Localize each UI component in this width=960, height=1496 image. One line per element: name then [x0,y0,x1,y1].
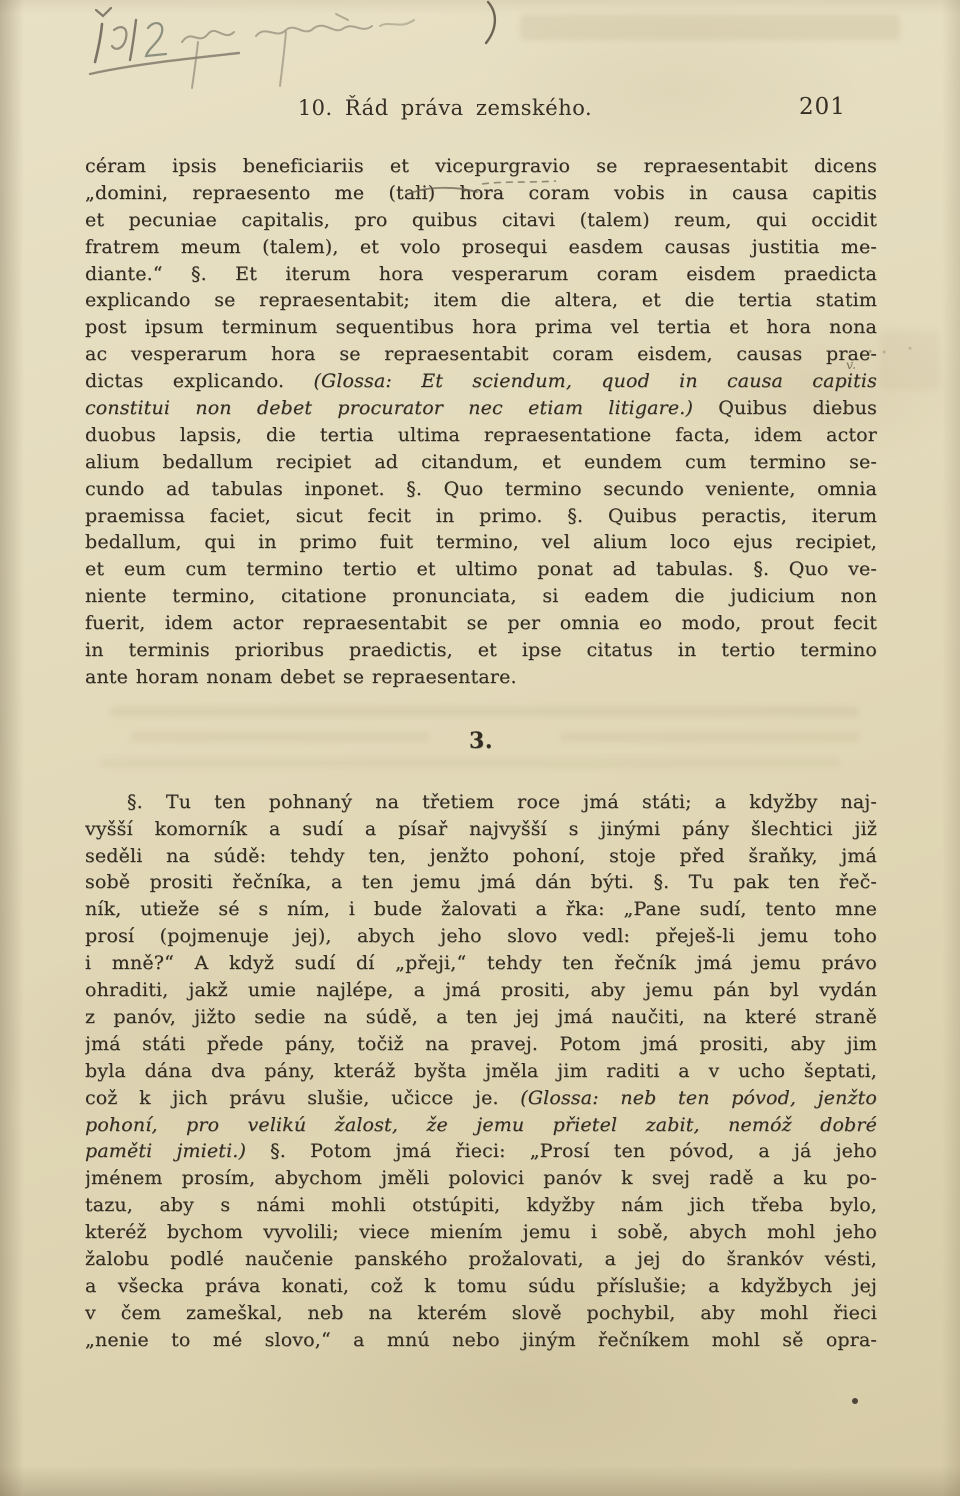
text-line: ac vesperarum hora se repraesentabit cor… [85,341,877,368]
text-run: byla dána dva pány, kteráž byšta jměla j… [85,1060,877,1082]
text-line: in terminis prioribus praedictis, et ips… [85,637,877,664]
text-line: et pecuniae capitalis, pro quibus citavi… [85,207,877,234]
text-run: ohraditi, jakž umie najlépe, a jmá prosi… [85,979,877,1001]
czech-paragraph: §. Tu ten pohnaný na třetiem roce jmá st… [85,789,877,1354]
text-run: céram ipsis beneficiariis et vicepurgrav… [85,155,877,177]
text-line: post ipsum terminum sequentibus hora pri… [85,314,877,341]
text-line: z panóv, jižto sedie na súdě, a ten jej … [85,1004,877,1031]
italic-text-run: constitui non debet procurator nec etiam… [85,397,693,419]
pen-arc-mark [404,184,480,198]
text-line: praemissa faciet, sicut fecit in primo. … [85,503,877,530]
text-line: prosí (pojmenuje jej), abych jeho slovo … [85,923,877,950]
text-run: sobě prositi řečníka, a ten jemu jmá dán… [85,871,877,893]
text-line: ante horam nonam debet se repraesentare. [85,664,877,691]
text-line: jmá státi přede pány, točiž na pravej. P… [85,1031,877,1058]
text-run: §. Potom jmá řieci: „Prosí ten póvod, a … [246,1140,877,1162]
section-number-heading: 3. [85,728,877,755]
text-run: in terminis prioribus praedictis, et ips… [85,639,877,661]
text-run: tazu, aby s námi mohli otstúpiti, kdyžby… [85,1194,877,1216]
text-line: pohoní, pro velikú žalost, že jemu přiet… [85,1112,877,1139]
text-line: dictas explicando. (Glossa: Et sciendum,… [85,368,877,395]
text-line: paměti jmieti.) §. Potom jmá řieci: „Pro… [85,1138,877,1165]
text-line: §. Tu ten pohnaný na třetiem roce jmá st… [85,789,877,816]
text-line: seděli na súdě: tehdy ten, jenžto pohoní… [85,843,877,870]
latin-paragraph: céram ipsis beneficiariis et vicepurgrav… [85,153,877,691]
text-run: explicando se repraesentabit; item die a… [85,289,877,311]
text-line: i mně?“ A když sudí dí „přeji,“ tehdy te… [85,950,877,977]
text-run: kteréž bychom vyvolili; viece miením jem… [85,1221,877,1243]
text-line: vyšší komorník a sudí a písař najvyšší s… [85,816,877,843]
text-run: seděli na súdě: tehdy ten, jenžto pohoní… [85,845,877,867]
text-line: a všecka práva konati, což k tomu súdu p… [85,1273,877,1300]
text-run: prosí (pojmenuje jej), abych jeho slovo … [85,925,877,947]
scanned-book-page: 10. Řád práva zemského. 201 céram ipsis … [0,0,960,1496]
ink-dot [852,1398,858,1404]
text-line: sobě prositi řečníka, a ten jemu jmá dán… [85,869,877,896]
show-through-smudge [520,14,900,40]
italic-text-run: pohoní, pro velikú žalost, že jemu přiet… [85,1114,877,1136]
text-line: duobus lapsis, die tertia ultima repraes… [85,422,877,449]
text-run: praemissa faciet, sicut fecit in primo. … [85,505,877,527]
show-through-smudge [880,330,940,390]
handwritten-pencil-note [84,2,424,94]
text-run: ník, utieže sé s ním, i bude žalovati a … [85,898,877,920]
text-line: céram ipsis beneficiariis et vicepurgrav… [85,153,877,180]
text-line: v čem zameškal, neb na kterém slově poch… [85,1300,877,1327]
text-run: vyšší komorník a sudí a písař najvyšší s… [85,818,877,840]
text-line: jménem prosím, abychom jměli polovici pa… [85,1165,877,1192]
text-run: fratrem meum (talem), et volo prosequi e… [85,236,877,258]
text-line: et eum cum termino tertio et ultimo pona… [85,556,877,583]
text-run: et eum cum termino tertio et ultimo pona… [85,558,877,580]
text-line: explicando se repraesentabit; item die a… [85,287,877,314]
text-run: diante.“ §. Et iterum hora vesperarum co… [85,263,877,285]
text-line: ník, utieže sé s ním, i bude žalovati a … [85,896,877,923]
page-number: 201 [799,94,846,120]
text-line: constitui non debet procurator nec etiam… [85,395,877,422]
text-line: kteréž bychom vyvolili; viece miením jem… [85,1219,877,1246]
text-run: ante horam nonam debet se repraesentare. [85,666,517,688]
text-line: „nenie to mé slovo,“ a mnú nebo jiným ře… [85,1327,877,1354]
text-run: cundo ad tabulas inponet. §. Quo termino… [85,478,877,500]
text-run: „nenie to mé slovo,“ a mnú nebo jiným ře… [85,1329,877,1351]
text-run: bedallum, qui in primo fuit termino, vel… [85,531,877,553]
text-line: byla dána dva pány, kteráž byšta jměla j… [85,1058,877,1085]
text-line: bedallum, qui in primo fuit termino, vel… [85,529,877,556]
text-line: diante.“ §. Et iterum hora vesperarum co… [85,261,877,288]
italic-text-run: paměti jmieti.) [85,1140,246,1162]
running-title: 10. Řád práva zemského. [85,96,805,120]
text-line: ohraditi, jakž umie najlépe, a jmá prosi… [85,977,877,1004]
text-run: jmá státi přede pány, točiž na pravej. P… [85,1033,877,1055]
text-run: z panóv, jižto sedie na súdě, a ten jej … [85,1006,877,1028]
text-line: tazu, aby s námi mohli otstúpiti, kdyžby… [85,1192,877,1219]
text-line: alium bedallum recipiet ad citandum, et … [85,449,877,476]
text-run: Quibus diebus [693,397,877,419]
text-run: alium bedallum recipiet ad citandum, et … [85,451,877,473]
page-text: céram ipsis beneficiariis et vicepurgrav… [85,153,877,1354]
text-run: i mně?“ A když sudí dí „přeji,“ tehdy te… [85,952,877,974]
text-run: což k jich právu slušie, učicce je. [85,1087,520,1109]
text-line: žalobu podlé naučenie panského prožalova… [85,1246,877,1273]
text-run: v čem zameškal, neb na kterém slově poch… [85,1302,877,1324]
text-run: fuerit, idem actor repraesentabit se per… [85,612,877,634]
text-line: což k jich právu slušie, učicce je. (Glo… [85,1085,877,1112]
text-run: niente termino, citatione pronunciata, s… [85,585,877,607]
text-line: fratrem meum (talem), et volo prosequi e… [85,234,877,261]
text-run: post ipsum terminum sequentibus hora pri… [85,316,877,338]
text-run: duobus lapsis, die tertia ultima repraes… [85,424,877,446]
pencil-underline-mark [480,178,560,188]
text-run: ac vesperarum hora se repraesentabit cor… [85,343,877,365]
text-run: dictas explicando. [85,370,313,392]
text-run: a všecka práva konati, což k tomu súdu p… [85,1275,877,1297]
text-run: žalobu podlé naučenie panského prožalova… [85,1248,877,1270]
italic-text-run: (Glossa: Et sciendum, quod in causa capi… [313,370,877,392]
text-run: jménem prosím, abychom jměli polovici pa… [85,1167,877,1189]
text-run: et pecuniae capitalis, pro quibus citavi… [85,209,877,231]
text-line: fuerit, idem actor repraesentabit se per… [85,610,877,637]
pen-stroke-mark [478,0,506,46]
italic-text-run: (Glossa: neb ten póvod, jenžto [520,1087,877,1109]
page-header: 10. Řád práva zemského. 201 [85,94,877,124]
text-run: §. Tu ten pohnaný na třetiem roce jmá st… [127,791,877,813]
margin-pencil-mark: v. [845,358,856,374]
text-line: niente termino, citatione pronunciata, s… [85,583,877,610]
text-line: cundo ad tabulas inponet. §. Quo termino… [85,476,877,503]
